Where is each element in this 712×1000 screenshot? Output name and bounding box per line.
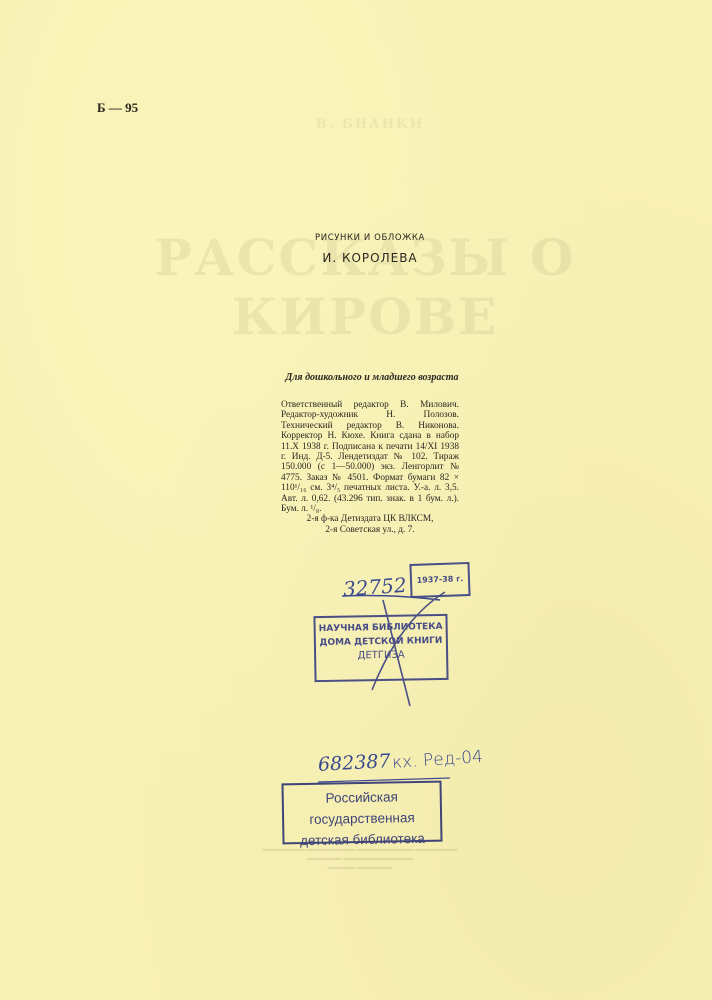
pen-strokes (0, 0, 712, 1000)
